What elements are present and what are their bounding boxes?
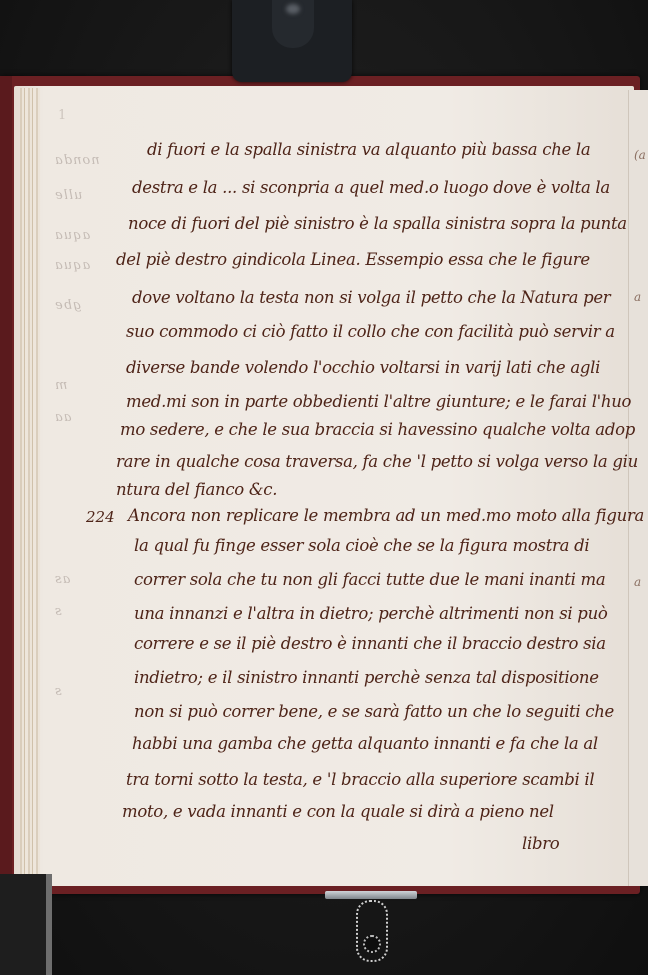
facing-page-mark: (a xyxy=(634,148,646,162)
facing-page-mark: a xyxy=(634,290,641,304)
book-spine-edge xyxy=(0,76,12,894)
text-line: correre e se il piè destro è innanti che… xyxy=(134,634,606,653)
text-line: suo commodo ci ciò fatto il collo che co… xyxy=(126,322,615,341)
bleed-through-text: s xyxy=(54,684,62,699)
bleed-through-text: aa xyxy=(54,410,72,425)
text-line: rare in qualche cosa traversa, fa che 'l… xyxy=(116,452,638,471)
bleed-through-text: s xyxy=(54,604,62,619)
text-line: non si può correr bene, e se sarà fatto … xyxy=(134,702,614,721)
text-line: libro xyxy=(522,834,559,853)
paragraph-number: 224 xyxy=(86,508,115,526)
text-line: ntura del fianco &c. xyxy=(116,480,277,499)
text-line: mo sedere, e che le sua braccia si haves… xyxy=(120,420,635,439)
text-line: med.mi son in parte obbedienti l'altre g… xyxy=(126,392,631,411)
clamp-highlight xyxy=(286,4,300,14)
bleed-through-text: ulle xyxy=(54,188,82,203)
text-line: di fuori e la spalla sinistra va alquant… xyxy=(147,140,590,159)
text-line: diverse bande volendo l'occhio voltarsi … xyxy=(126,358,600,377)
bottom-clip-ring xyxy=(363,935,381,953)
text-line: la qual fu finge esser sola cioè che se … xyxy=(134,536,589,555)
snake-weight xyxy=(0,874,52,975)
bleed-through-text: m xyxy=(54,378,67,393)
text-line: del piè destro gindicola Linea. Essempio… xyxy=(116,250,590,269)
bleed-through-text: aqua xyxy=(54,258,90,273)
facing-page-mark: a xyxy=(634,575,641,589)
bleed-through-text: aqua xyxy=(54,228,90,243)
text-line: correr sola che tu non gli facci tutte d… xyxy=(134,570,605,589)
text-line: indietro; e il sinistro innanti perchè s… xyxy=(134,668,599,687)
bleed-through-text: nonda xyxy=(54,153,100,168)
text-line: destra e la ... si sconpria a quel med.o… xyxy=(132,178,610,197)
page-stack-edge xyxy=(20,88,40,886)
page-number-faint: 1 xyxy=(58,108,66,123)
text-line: dove voltano la testa non si volga il pe… xyxy=(132,288,610,307)
bleed-through-text: as xyxy=(54,572,70,587)
bottom-clip-bar xyxy=(325,891,417,899)
text-line: habbi una gamba che getta alquanto innan… xyxy=(132,734,598,753)
text-line: noce di fuori del piè sinistro è la spal… xyxy=(128,214,627,233)
text-line: una innanzi e l'altra in dietro; perchè … xyxy=(134,604,608,623)
bleed-through-text: gbe xyxy=(54,298,81,313)
text-line: Ancora non replicare le membra ad un med… xyxy=(128,506,644,525)
text-line: tra torni sotto la testa, e 'l braccio a… xyxy=(126,770,594,789)
facing-page xyxy=(628,90,648,886)
text-line: moto, e vada innanti e con la quale si d… xyxy=(122,802,554,821)
manuscript-page xyxy=(14,86,634,886)
